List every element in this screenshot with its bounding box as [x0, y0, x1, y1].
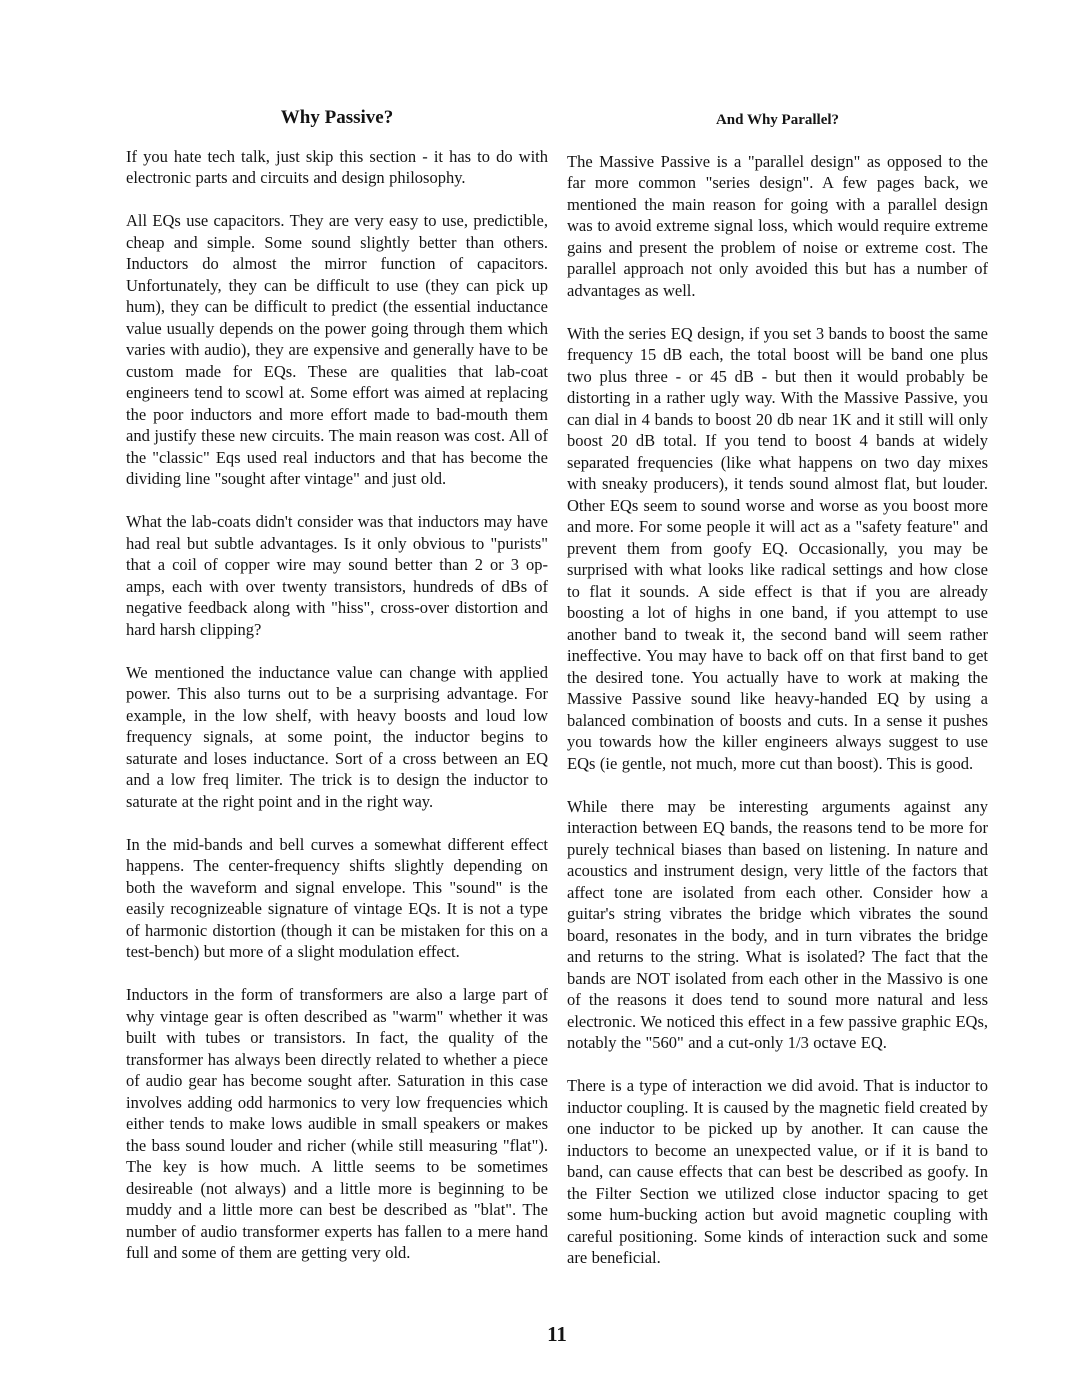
- page-number: 11: [126, 1322, 988, 1347]
- section-heading-and-why-parallel: And Why Parallel?: [567, 107, 988, 132]
- left-column: Why Passive? If you hate tech talk, just…: [126, 107, 548, 1264]
- paragraph: We mentioned the inductance value can ch…: [126, 662, 548, 813]
- paragraph: While there may be interesting arguments…: [567, 796, 988, 1054]
- paragraph: The Massive Passive is a "parallel desig…: [567, 151, 988, 302]
- paragraph: What the lab-coats didn't consider was t…: [126, 511, 548, 640]
- paragraph: In the mid-bands and bell curves a somew…: [126, 834, 548, 963]
- right-column: And Why Parallel? The Massive Passive is…: [567, 107, 988, 1269]
- manual-page: Why Passive? If you hate tech talk, just…: [0, 0, 1080, 1397]
- paragraph: There is a type of interaction we did av…: [567, 1075, 988, 1269]
- paragraph: Inductors in the form of transformers ar…: [126, 984, 548, 1264]
- paragraph: All EQs use capacitors. They are very ea…: [126, 210, 548, 490]
- paragraph: If you hate tech talk, just skip this se…: [126, 146, 548, 189]
- section-heading-why-passive: Why Passive?: [126, 107, 548, 129]
- paragraph: With the series EQ design, if you set 3 …: [567, 323, 988, 775]
